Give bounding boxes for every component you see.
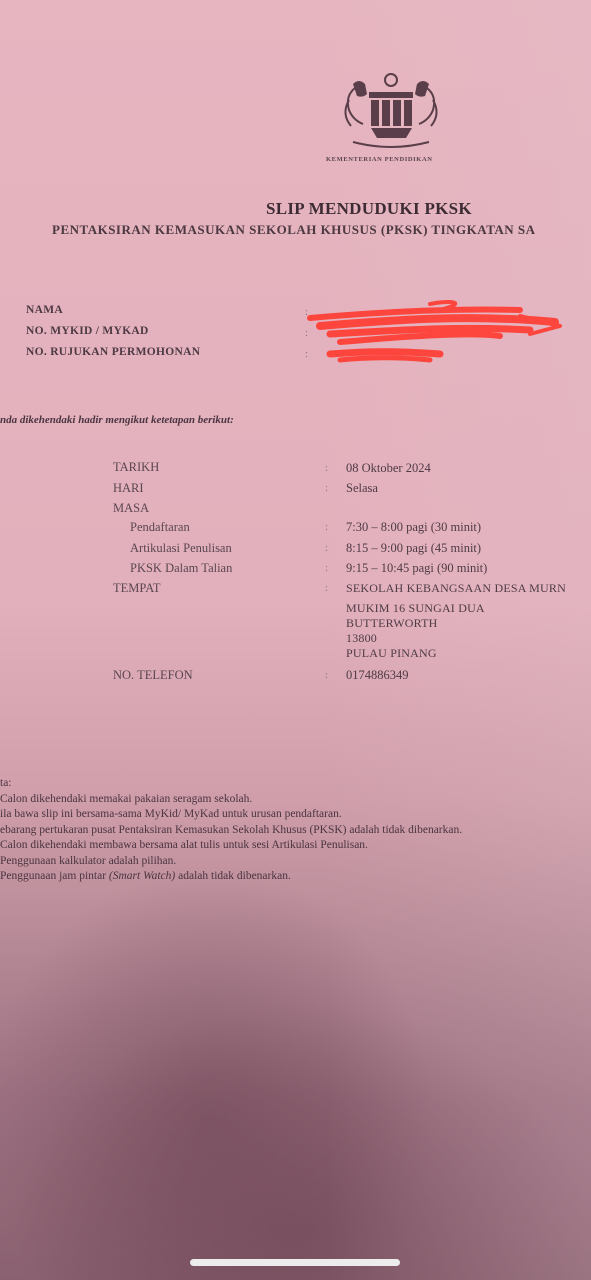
- note-item: ebarang pertukaran pusat Pentaksiran Kem…: [0, 823, 462, 839]
- name-label: NAMA: [26, 304, 63, 316]
- venue-line: SEKOLAH KEBANGSAAN DESA MURN: [346, 581, 566, 596]
- mykid-label: NO. MYKID / MYKAD: [26, 325, 149, 337]
- colon: :: [325, 562, 328, 574]
- redaction-scribble: [300, 296, 565, 368]
- venue-line: BUTTERWORTH: [346, 616, 437, 631]
- note-item: Penggunaan jam pintar (Smart Watch) adal…: [0, 869, 462, 885]
- document-title: SLIP MENDUDUKI PKSK: [266, 199, 472, 219]
- day-label: HARI: [113, 481, 144, 496]
- colon: :: [325, 542, 328, 554]
- ministry-label: KEMENTERIAN PENDIDIKAN: [326, 156, 433, 163]
- day-value: Selasa: [346, 481, 378, 496]
- date-value: 08 Oktober 2024: [346, 461, 431, 476]
- home-indicator[interactable]: [190, 1259, 400, 1266]
- notes-section: ta: Calon dikehendaki memakai pakaian se…: [0, 776, 462, 885]
- note-item: Calon dikehendaki membawa bersama alat t…: [0, 838, 462, 854]
- session-label-writing: Artikulasi Penulisan: [130, 541, 232, 556]
- phone-label: NO. TELEFON: [113, 668, 193, 683]
- colon: :: [325, 582, 328, 594]
- session-label-registration: Pendaftaran: [130, 520, 190, 535]
- colon: :: [325, 669, 328, 681]
- document-subtitle: PENTAKSIRAN KEMASUKAN SEKOLAH KHUSUS (PK…: [52, 222, 536, 238]
- session-value-online: 9:15 – 10:45 pagi (90 minit): [346, 561, 487, 576]
- venue-label: TEMPAT: [113, 581, 160, 596]
- instruction-text: nda dikehendaki hadir mengikut ketetapan…: [0, 414, 234, 426]
- session-value-writing: 8:15 – 9:00 pagi (45 minit): [346, 541, 481, 556]
- time-label: MASA: [113, 501, 149, 516]
- colon: :: [325, 462, 328, 474]
- date-label: TARIKH: [113, 460, 159, 475]
- note-text: adalah tidak dibenarkan.: [175, 870, 291, 882]
- venue-line: PULAU PINANG: [346, 646, 437, 661]
- colon: :: [325, 521, 328, 533]
- colon: :: [325, 482, 328, 494]
- coat-of-arms-icon: [335, 70, 447, 152]
- session-label-online: PKSK Dalam Talian: [130, 561, 232, 576]
- venue-line: 13800: [346, 631, 377, 646]
- note-item: Calon dikehendaki memakai pakaian seraga…: [0, 792, 462, 808]
- phone-value: 0174886349: [346, 668, 409, 683]
- notes-heading: ta:: [0, 776, 462, 792]
- note-item: ila bawa slip ini bersama-sama MyKid/ My…: [0, 807, 462, 823]
- session-value-registration: 7:30 – 8:00 pagi (30 minit): [346, 520, 481, 535]
- venue-line: MUKIM 16 SUNGAI DUA: [346, 601, 485, 616]
- note-item: Penggunaan kalkulator adalah pilihan.: [0, 854, 462, 870]
- document-photo: [0, 0, 591, 1280]
- note-text: Penggunaan jam pintar: [0, 870, 109, 882]
- reference-label: NO. RUJUKAN PERMOHONAN: [26, 346, 200, 358]
- note-italic: (Smart Watch): [109, 870, 175, 882]
